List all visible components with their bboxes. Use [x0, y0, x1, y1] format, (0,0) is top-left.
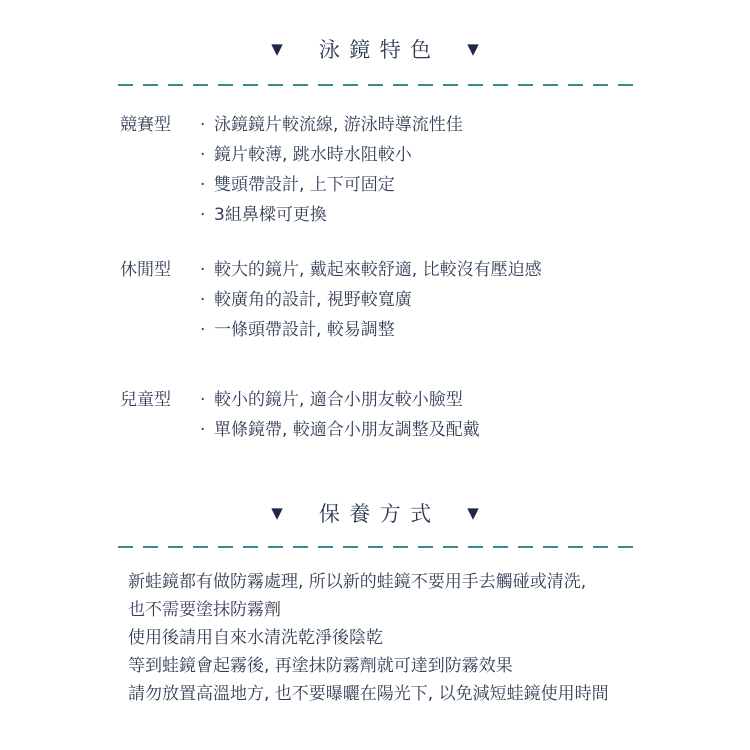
- bullet-dot: ·: [200, 315, 214, 345]
- feature-section-competition: 競賽型 · 泳鏡鏡片較流線, 游泳時導流性佳 · 鏡片較薄, 跳水時水阻較小 ·…: [0, 110, 750, 230]
- feature-item-text: 單條鏡帶, 較適合小朋友調整及配戴: [214, 415, 480, 445]
- bullet-dot: ·: [200, 200, 214, 230]
- triangle-down-icon: ▼: [467, 506, 479, 521]
- list-item: · 3組鼻樑可更換: [200, 200, 463, 230]
- triangle-down-icon: ▼: [271, 42, 283, 57]
- feature-item-list: · 泳鏡鏡片較流線, 游泳時導流性佳 · 鏡片較薄, 跳水時水阻較小 · 雙頭帶…: [200, 110, 463, 230]
- care-instruction-line: 也不需要塗抹防霧劑: [128, 596, 680, 624]
- feature-item-text: 鏡片較薄, 跳水時水阻較小: [214, 140, 412, 170]
- bullet-dot: ·: [200, 170, 214, 200]
- bullet-dot: ·: [200, 285, 214, 315]
- care-section-title: 保養方式: [319, 498, 441, 528]
- product-description-page: ▼ 泳鏡特色 ▼ 競賽型 · 泳鏡鏡片較流線, 游泳時導流性佳 · 鏡片較薄, …: [0, 0, 750, 750]
- care-section-header: ▼ 保養方式 ▼: [0, 500, 750, 526]
- list-item: · 較大的鏡片, 戴起來較舒適, 比較沒有壓迫感: [200, 255, 542, 285]
- dashed-divider: [118, 84, 640, 86]
- list-item: · 泳鏡鏡片較流線, 游泳時導流性佳: [200, 110, 463, 140]
- bullet-dot: ·: [200, 415, 214, 445]
- care-instruction-line: 請勿放置高溫地方, 也不要曝曬在陽光下, 以免減短蛙鏡使用時間: [128, 680, 680, 708]
- triangle-down-icon: ▼: [271, 506, 283, 521]
- care-instruction-line: 新蛙鏡都有做防霧處理, 所以新的蛙鏡不要用手去觸碰或清洗,: [128, 568, 680, 596]
- bullet-dot: ·: [200, 385, 214, 415]
- list-item: · 較廣角的設計, 視野較寬廣: [200, 285, 542, 315]
- bullet-dot: ·: [200, 255, 214, 285]
- care-instructions: 新蛙鏡都有做防霧處理, 所以新的蛙鏡不要用手去觸碰或清洗, 也不需要塗抹防霧劑 …: [0, 568, 750, 708]
- triangle-down-icon: ▼: [467, 42, 479, 57]
- bullet-dot: ·: [200, 110, 214, 140]
- features-section-title: 泳鏡特色: [319, 34, 441, 64]
- feature-item-text: 較小的鏡片, 適合小朋友較小臉型: [214, 385, 463, 415]
- dashed-divider: [118, 546, 640, 548]
- feature-item-text: 3組鼻樑可更換: [214, 200, 327, 230]
- care-instruction-line: 等到蛙鏡會起霧後, 再塗抹防霧劑就可達到防霧效果: [128, 652, 680, 680]
- list-item: · 一條頭帶設計, 較易調整: [200, 315, 542, 345]
- feature-item-text: 一條頭帶設計, 較易調整: [214, 315, 395, 345]
- feature-section-label: 兒童型: [120, 385, 200, 415]
- features-section-header: ▼ 泳鏡特色 ▼: [0, 0, 750, 62]
- feature-section-label: 休閒型: [120, 255, 200, 285]
- feature-item-text: 較廣角的設計, 視野較寬廣: [214, 285, 412, 315]
- list-item: · 雙頭帶設計, 上下可固定: [200, 170, 463, 200]
- feature-section-leisure: 休閒型 · 較大的鏡片, 戴起來較舒適, 比較沒有壓迫感 · 較廣角的設計, 視…: [0, 255, 750, 345]
- bullet-dot: ·: [200, 140, 214, 170]
- feature-section-children: 兒童型 · 較小的鏡片, 適合小朋友較小臉型 · 單條鏡帶, 較適合小朋友調整及…: [0, 385, 750, 445]
- feature-item-text: 較大的鏡片, 戴起來較舒適, 比較沒有壓迫感: [214, 255, 542, 285]
- feature-item-text: 雙頭帶設計, 上下可固定: [214, 170, 395, 200]
- list-item: · 鏡片較薄, 跳水時水阻較小: [200, 140, 463, 170]
- feature-item-list: · 較大的鏡片, 戴起來較舒適, 比較沒有壓迫感 · 較廣角的設計, 視野較寬廣…: [200, 255, 542, 345]
- list-item: · 單條鏡帶, 較適合小朋友調整及配戴: [200, 415, 480, 445]
- feature-item-list: · 較小的鏡片, 適合小朋友較小臉型 · 單條鏡帶, 較適合小朋友調整及配戴: [200, 385, 480, 445]
- feature-item-text: 泳鏡鏡片較流線, 游泳時導流性佳: [214, 110, 463, 140]
- feature-section-label: 競賽型: [120, 110, 200, 140]
- care-instruction-line: 使用後請用自來水清洗乾淨後陰乾: [128, 624, 680, 652]
- list-item: · 較小的鏡片, 適合小朋友較小臉型: [200, 385, 480, 415]
